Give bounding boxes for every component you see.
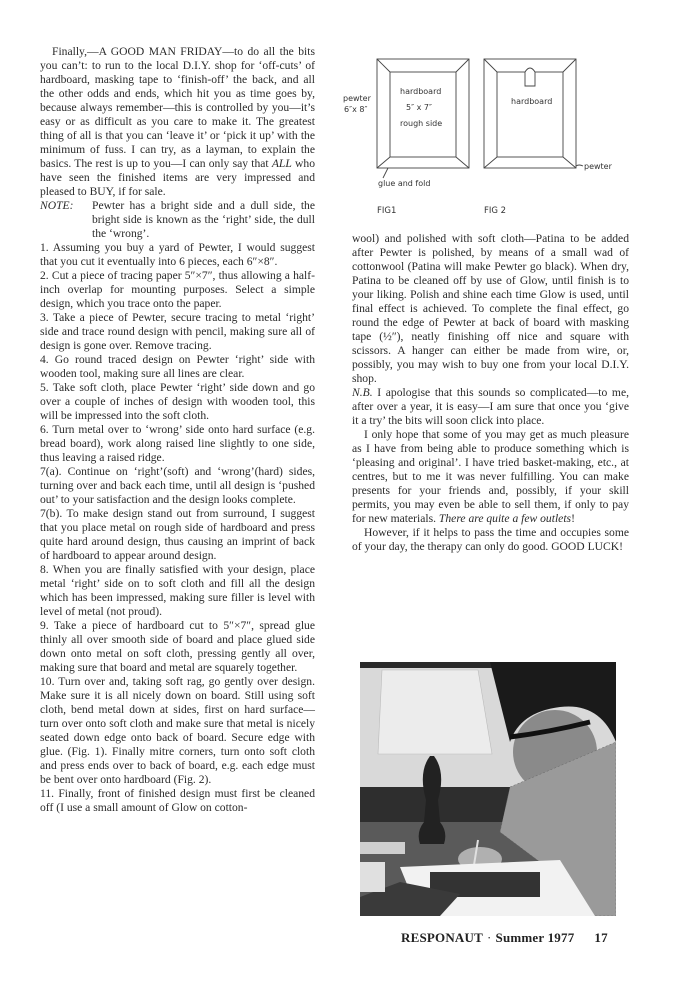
step-1: 1. Assuming you buy a yard of Pewter, I … xyxy=(40,241,315,269)
step-5: 5. Take soft cloth, place Pewter ‘right’… xyxy=(40,381,315,423)
step-11: 11. Finally, front of finished design mu… xyxy=(40,787,315,815)
step-6: 6. Turn metal over to ‘wrong’ side onto … xyxy=(40,423,315,465)
fig2-pewter-label: pewter xyxy=(584,162,613,171)
patina-paragraph: wool) and polished with soft cloth—Patin… xyxy=(352,232,629,386)
note-label: NOTE: xyxy=(40,199,92,241)
figures-diagram: pewter 6″x 8″ hardboard 5″ x 7″ rough si… xyxy=(330,50,630,200)
fig2-caption: FIG 2 xyxy=(484,206,506,216)
intro-paragraph: Finally,—A GOOD MAN FRIDAY—to do all the… xyxy=(40,45,315,199)
issue-date: Summer 1977 xyxy=(496,930,575,945)
hope-paragraph: I only hope that some of you may get as … xyxy=(352,428,629,526)
step-9: 9. Take a piece of hardboard cut to 5″×7… xyxy=(40,619,315,675)
closing-paragraph: However, if it helps to pass the time an… xyxy=(352,526,629,554)
fig1-pewter-size: 6″x 8″ xyxy=(344,105,367,114)
fig1-hardboard-label: hardboard xyxy=(400,87,441,96)
hope-text: I only hope that some of you may get as … xyxy=(352,428,629,525)
footer-separator: · xyxy=(487,930,492,945)
page-number: 17 xyxy=(594,930,607,945)
step-10: 10. Turn over and, taking soft rag, go g… xyxy=(40,675,315,787)
fig2-hardboard-label: hardboard xyxy=(511,97,552,106)
fig1-caption: FIG1 xyxy=(377,206,396,216)
publication-name: RESPONAUT xyxy=(401,930,483,945)
fig1-glue-label: glue and fold xyxy=(378,179,430,188)
note-block: NOTE: Pewter has a bright side and a dul… xyxy=(40,199,315,241)
nb-label: N.B. xyxy=(352,386,373,399)
step-3: 3. Take a piece of Pewter, secure tracin… xyxy=(40,311,315,353)
intro-emphasis: ALL xyxy=(272,157,292,170)
nb-text: I apologise that this sounds so complica… xyxy=(352,386,629,427)
hope-text-end: ! xyxy=(571,512,575,525)
fig1-rough-side: rough side xyxy=(400,119,442,128)
hanger-icon xyxy=(525,68,535,86)
photo-illustration xyxy=(360,662,616,916)
left-column: Finally,—A GOOD MAN FRIDAY—to do all the… xyxy=(40,45,315,815)
author-photo xyxy=(360,662,616,916)
fig1-hardboard-size: 5″ x 7″ xyxy=(406,103,432,112)
note-body: Pewter has a bright side and a dull side… xyxy=(92,199,315,241)
hope-emphasis: There are quite a few outlets xyxy=(439,512,571,525)
right-column: wool) and polished with soft cloth—Patin… xyxy=(352,232,629,554)
step-8: 8. When you are finally satisfied with y… xyxy=(40,563,315,619)
step-7a: 7(a). Continue on ‘right’(soft) and ‘wro… xyxy=(40,465,315,507)
step-2: 2. Cut a piece of tracing paper 5″×7″, t… xyxy=(40,269,315,311)
step-7b: 7(b). To make design stand out from surr… xyxy=(40,507,315,563)
page-footer: RESPONAUT·Summer 197717 xyxy=(401,930,608,946)
step-4: 4. Go round traced design on Pewter ‘rig… xyxy=(40,353,315,381)
fig2-frame xyxy=(484,59,583,168)
intro-text: Finally,—A GOOD MAN FRIDAY—to do all the… xyxy=(40,45,315,170)
fig1-pewter-label: pewter xyxy=(343,94,372,103)
nb-paragraph: N.B. I apologise that this sounds so com… xyxy=(352,386,629,428)
